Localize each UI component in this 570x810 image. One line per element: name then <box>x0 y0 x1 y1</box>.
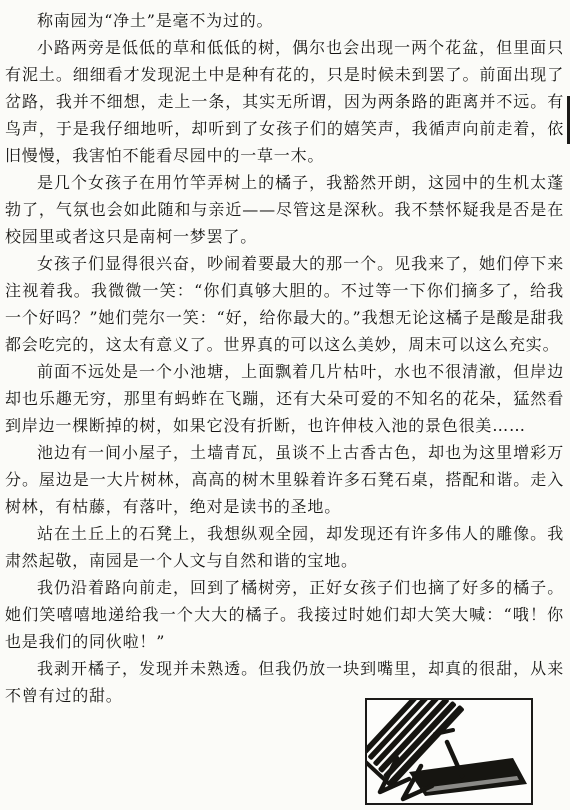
paragraph: 我仍沿着路向前走，回到了橘树旁，正好女孩子们也摘了好多的橘子。她们笑嘻嘻地递给我… <box>5 574 564 655</box>
paragraph: 池边有一间小屋子，土墙青瓦，虽谈不上古香古色，却也为这里增彩万分。屋边是一大片树… <box>5 439 564 520</box>
paragraph: 是几个女孩子在用竹竿弄树上的橘子，我豁然开朗，这园中的生机太蓬勃了，气氛也会如此… <box>5 169 564 250</box>
article-text: 称南园为“净土”是毫不为过的。 小路两旁是低低的草和低低的树，偶尔也会出现一两个… <box>5 7 564 709</box>
paragraph: 前面不远处是一个小池塘，上面飘着几片枯叶，水也不很清澈，但岸边却也乐趣无穷，那里… <box>5 358 564 439</box>
deck-chair-icon <box>367 700 531 803</box>
paragraph: 称南园为“净土”是毫不为过的。 <box>5 7 564 34</box>
paragraph: 小路两旁是低低的草和低低的树，偶尔也会出现一两个花盆，但里面只有泥土。细细看才发… <box>5 34 564 169</box>
scanned-book-page: 称南园为“净土”是毫不为过的。 小路两旁是低低的草和低低的树，偶尔也会出现一两个… <box>0 0 570 810</box>
paragraph: 站在土丘上的石凳上，我想纵观全园，却发现还有许多伟人的雕像。我肃然起敬，南园是一… <box>5 520 564 574</box>
paragraph: 女孩子们显得很兴奋，吵闹着要最大的那一个。见我来了，她们停下来注视着我。我微微一… <box>5 250 564 358</box>
deck-chair-illustration <box>365 698 533 805</box>
